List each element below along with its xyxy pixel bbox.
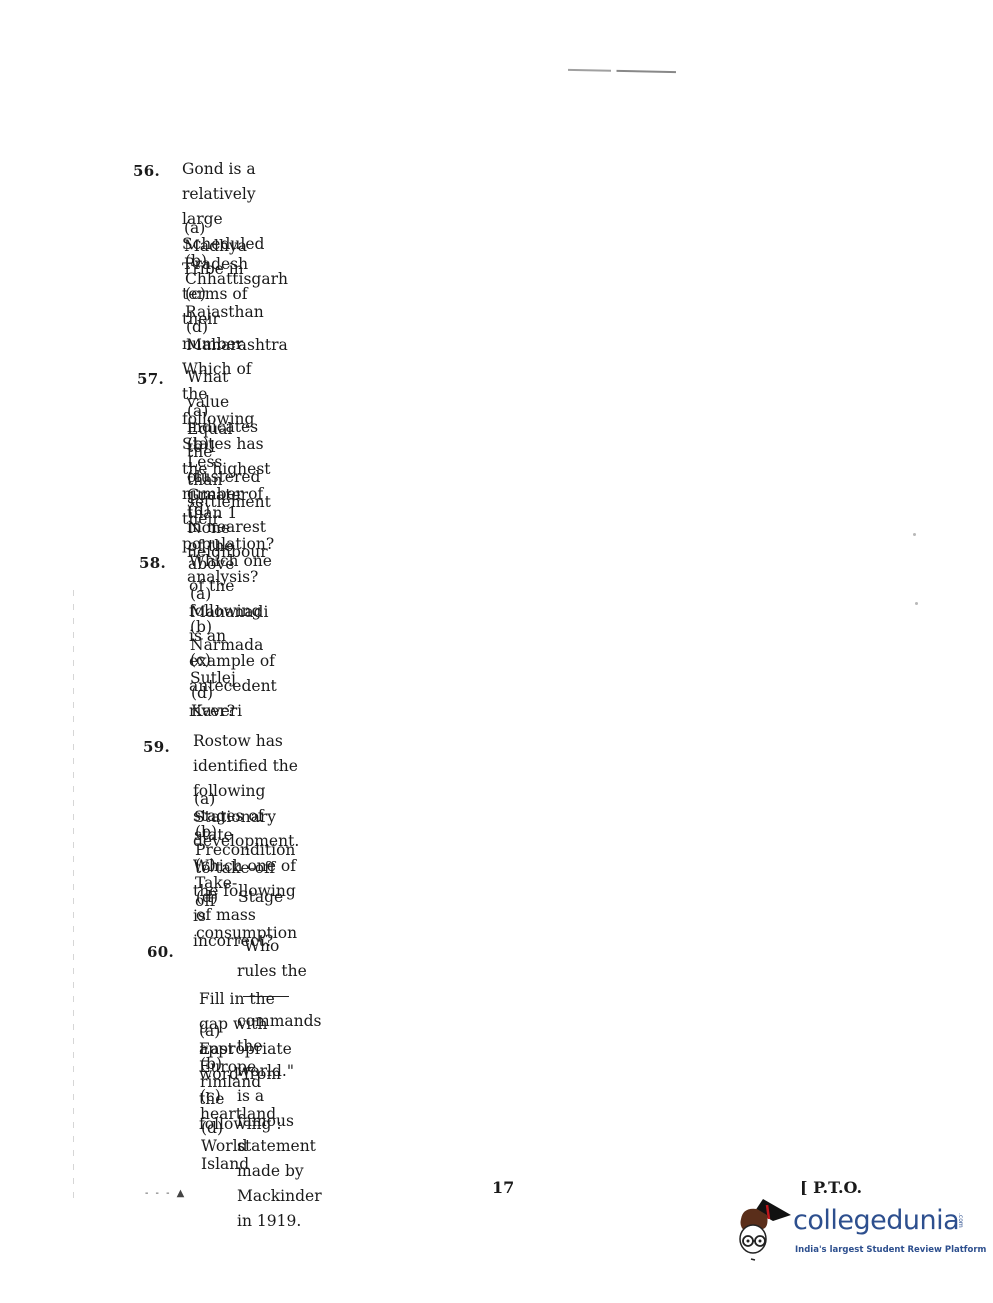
- option-label: (d): [186, 318, 228, 336]
- option-label: (b): [185, 252, 227, 270]
- option-a: (a)Mahanadi: [190, 585, 268, 621]
- option-label: (b): [190, 618, 232, 636]
- scan-speck: [915, 602, 918, 605]
- option-c: (c)heartland: [200, 1087, 276, 1123]
- option-label: (c): [187, 468, 229, 486]
- pto-label: [ P.T.O.: [800, 1178, 862, 1197]
- footer-code-mark: - - - ▲: [145, 1188, 186, 1199]
- question-number: 56.: [133, 162, 160, 180]
- option-d: (d)Kaveri: [191, 684, 242, 720]
- option-label: (a): [194, 790, 236, 808]
- option-b: (b)Narmada: [190, 618, 263, 654]
- mascot-icon: [733, 1197, 795, 1267]
- question-number: 59.: [143, 738, 170, 756]
- scan-artifact-top: [568, 69, 676, 73]
- brand-tagline: India's largest Student Review Platform: [795, 1245, 986, 1255]
- option-d: (d)World Island: [201, 1119, 249, 1173]
- option-label: (d): [201, 1119, 243, 1137]
- brand-domain-suffix: .com: [957, 1213, 964, 1228]
- option-text: World Island: [201, 1137, 249, 1173]
- scan-artifact-left-edge: [73, 590, 74, 1200]
- question-number: 57.: [137, 370, 164, 388]
- quote-before-blank: "Who rules the: [237, 937, 307, 980]
- question-number: 58.: [139, 554, 166, 572]
- page-number: 17: [492, 1178, 514, 1197]
- option-label: (c): [200, 1087, 242, 1105]
- option-b: (b)Chhattisgarh: [185, 252, 288, 288]
- option-label: (b): [187, 435, 229, 453]
- collegedunia-watermark: collegedunia .com India's largest Studen…: [733, 1197, 968, 1267]
- option-label: (c): [190, 651, 232, 669]
- option-label: (d): [188, 501, 230, 519]
- option-label: (b): [200, 1055, 242, 1073]
- option-text: Kaveri: [191, 702, 242, 720]
- option-c: (c)Sutlej: [190, 651, 236, 687]
- option-label: (c): [185, 285, 227, 303]
- scan-speck: [913, 533, 916, 536]
- option-b: (b)rimland: [200, 1055, 261, 1091]
- question-number: 60.: [147, 943, 174, 961]
- brand-name: collegedunia: [793, 1205, 959, 1236]
- option-label: (b): [195, 823, 237, 841]
- option-label: (a): [190, 585, 232, 603]
- option-label: (c): [195, 856, 237, 874]
- option-label: (a): [184, 219, 226, 237]
- option-label: (a): [199, 1022, 241, 1040]
- option-d: (d)Maharashtra: [186, 318, 288, 354]
- exam-page: 56. Gond is a relatively large Scheduled…: [0, 0, 993, 1303]
- option-label: (d): [191, 684, 233, 702]
- option-label: (a): [187, 402, 229, 420]
- option-text: Maharashtra: [186, 336, 288, 354]
- option-label: (d): [196, 888, 238, 906]
- option-c: (c)Rajasthan: [185, 285, 264, 321]
